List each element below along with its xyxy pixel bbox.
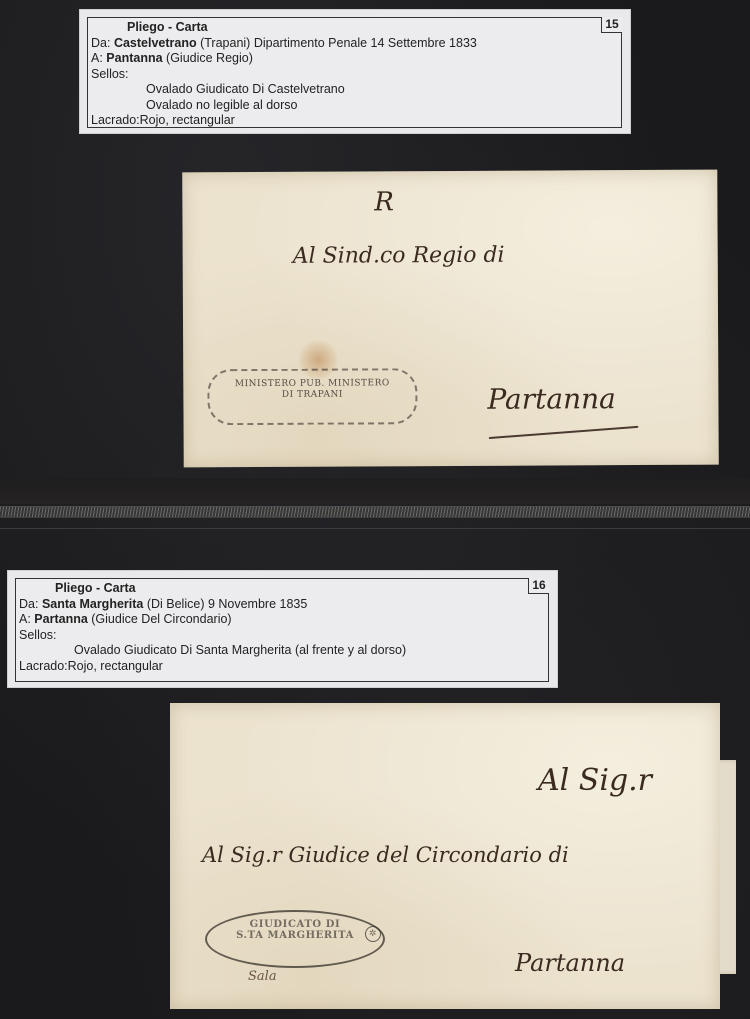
origin-place: Castelvetrano	[114, 36, 197, 50]
stamps-heading: Sellos:	[91, 67, 621, 83]
destination-detail: (Giudice Regio)	[163, 51, 253, 65]
item-title: Pliego - Carta	[91, 20, 621, 36]
destination-detail: (Giudice Del Circondario)	[88, 612, 232, 626]
destination-line: A: Pantanna (Giudice Regio)	[91, 51, 621, 67]
origin-prefix: Da:	[19, 597, 42, 611]
origin-line: Da: Castelvetrano (Trapani) Dipartimento…	[91, 36, 621, 52]
destination-place: Pantanna	[106, 51, 162, 65]
stamp-entry: Ovalado Giudicato Di Castelvetrano	[91, 82, 621, 98]
postmark-line: DI TRAPANI	[209, 389, 415, 401]
handwritten-mark: R	[374, 187, 394, 217]
seal-line: Lacrado:Rojo, rectangular	[91, 113, 621, 129]
origin-prefix: Da:	[91, 36, 114, 50]
destination-prefix: A:	[91, 51, 106, 65]
handwritten-signature: Sala	[248, 969, 277, 984]
origin-line: Da: Santa Margherita (Di Belice) 9 Novem…	[19, 597, 548, 613]
postmark-line: MINISTERO PUB. MINISTERO	[209, 378, 415, 390]
destination-prefix: A:	[19, 612, 34, 626]
destination-line: A: Partanna (Giudice Del Circondario)	[19, 612, 548, 628]
item-label-card: 16 Pliego - Carta Da: Santa Margherita (…	[8, 571, 557, 687]
item-label-content: 15 Pliego - Carta Da: Castelvetrano (Tra…	[87, 17, 622, 128]
handwritten-destination: Partanna	[487, 382, 616, 416]
origin-detail: (Trapani) Dipartimento Penale 14 Settemb…	[197, 36, 477, 50]
postmark-emblem-icon: ✲	[365, 926, 381, 942]
stamps-heading: Sellos:	[19, 628, 548, 644]
handwritten-address: Al Sind.co Regio di	[293, 243, 505, 269]
letter-cover: Al Sig.r Al Sig.r Giudice del Circondari…	[170, 703, 720, 1009]
item-label-card: 15 Pliego - Carta Da: Castelvetrano (Tra…	[80, 10, 630, 133]
album-strip-shadow	[0, 478, 750, 504]
seal-line: Lacrado:Rojo, rectangular	[19, 659, 548, 675]
handwritten-mark: Al Sig.r	[538, 763, 652, 798]
postmark-line: GIUDICATO DI	[207, 919, 383, 930]
item-number: 15	[601, 17, 622, 33]
handwritten-destination: Partanna	[515, 949, 625, 977]
letter-cover: R Al Sind.co Regio di MINISTERO PUB. MIN…	[182, 170, 719, 468]
postmark-stamp: MINISTERO PUB. MINISTERO DI TRAPANI	[207, 368, 417, 425]
postmark-stamp: GIUDICATO DI S.TA MARGHERITA ✲	[205, 910, 385, 968]
stamp-entry: Ovalado Giudicato Di Santa Margherita (a…	[19, 643, 548, 659]
stamp-entry: Ovalado no legible al dorso	[91, 98, 621, 114]
item-number: 16	[528, 578, 549, 594]
destination-underline	[489, 426, 639, 439]
handwritten-address: Al Sig.r Giudice del Circondario di	[202, 843, 569, 867]
item-label-content: 16 Pliego - Carta Da: Santa Margherita (…	[15, 578, 549, 682]
postmark-line: S.TA MARGHERITA	[207, 930, 383, 941]
destination-place: Partanna	[34, 612, 88, 626]
item-title: Pliego - Carta	[19, 581, 548, 597]
album-strip-divider	[0, 506, 750, 518]
album-strip-line	[0, 528, 750, 529]
origin-place: Santa Margherita	[42, 597, 143, 611]
origin-detail: (Di Belice) 9 Novembre 1835	[143, 597, 307, 611]
